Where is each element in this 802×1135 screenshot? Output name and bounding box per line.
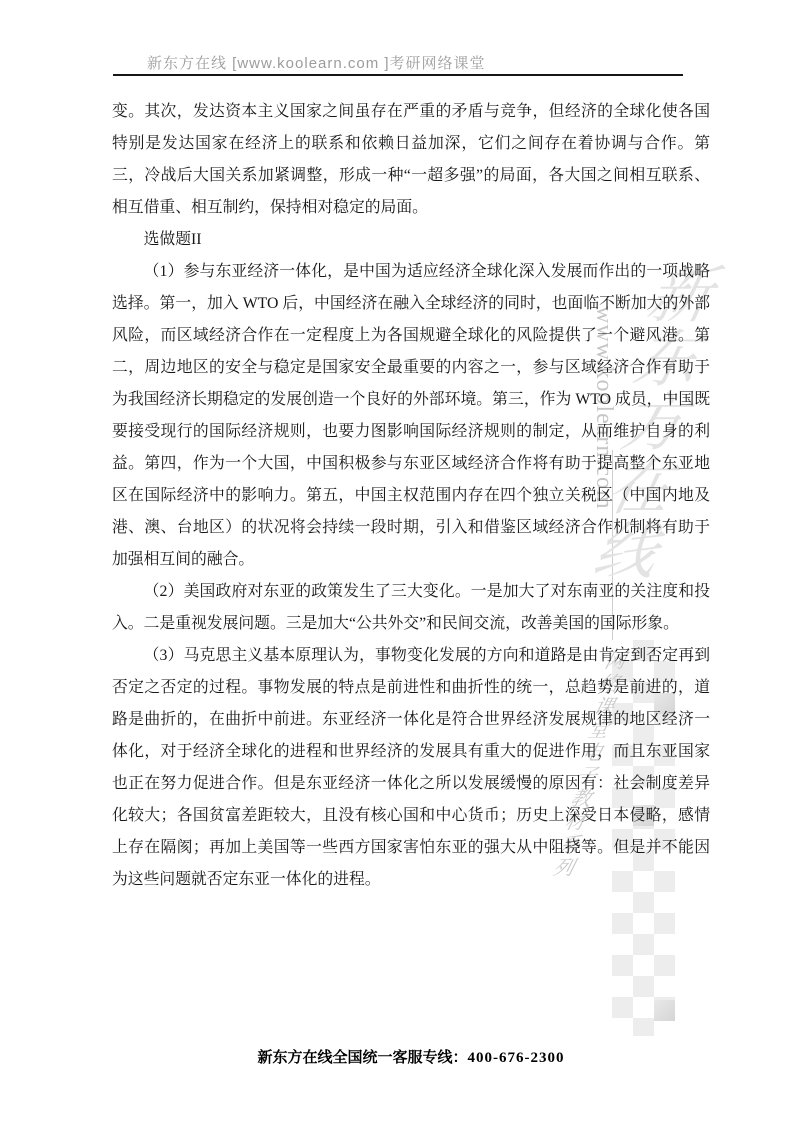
footer-service-label: 新东方在线全国统一客服专线： (257, 1050, 467, 1066)
paragraph: （2）美国政府对东亚的政策发生了三大变化。一是加大了对东南亚的关注度和投入。二是… (112, 576, 710, 640)
paragraph: 选做题II (112, 224, 710, 256)
checker-accent-square (654, 1000, 675, 1021)
paragraph: （1）参与东亚经济一体化，是中国为适应经济全球化深入发展而作出的一项战略选择。第… (112, 256, 710, 576)
paragraph: （3）马克思主义基本原理认为，事物变化发展的方向和道路是由肯定到否定再到否定之否… (112, 640, 710, 896)
footer-phone-number: 400-676-2300 (468, 1050, 565, 1066)
document-page: 新东方在线 www.koolearn.com 网络课堂电子教材系列 新东方在线 … (0, 0, 802, 1135)
paragraph: 变。其次，发达资本主义国家之间虽存在严重的矛盾与竞争，但经济的全球化使各国特别是… (112, 96, 710, 224)
page-footer: 新东方在线全国统一客服专线：400-676-2300 (112, 1046, 710, 1067)
document-body: 变。其次，发达资本主义国家之间虽存在严重的矛盾与竞争，但经济的全球化使各国特别是… (112, 96, 710, 896)
header-divider (113, 74, 683, 76)
page-header-brand: 新东方在线 [www.koolearn.com ]考研网络课堂 (147, 52, 486, 73)
